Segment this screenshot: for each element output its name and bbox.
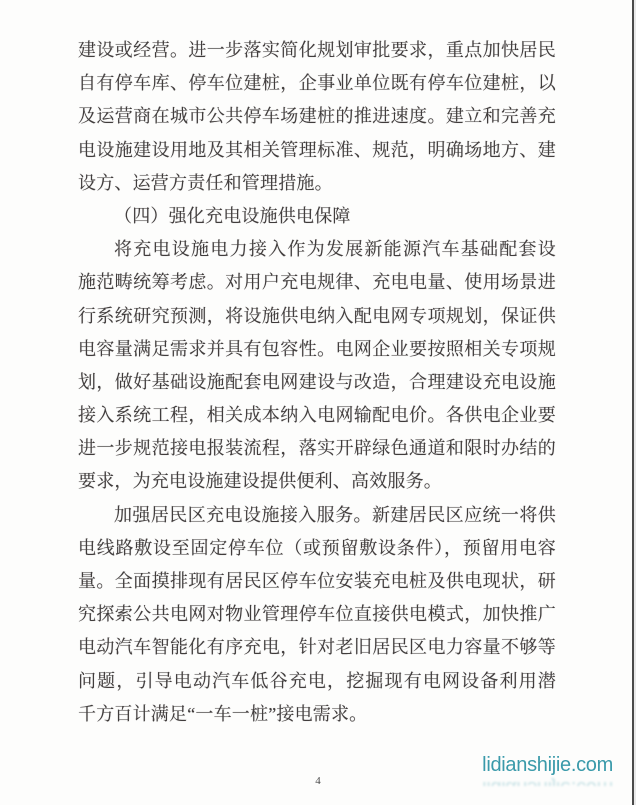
text-line: 千方百计满足“一车一桩”接电需求。	[78, 698, 556, 731]
text-line: 将充电设施电力接入作为发展新能源汽车基础配套设	[78, 233, 556, 266]
document-text-block: 建设或经营。进一步落实简化规划审批要求，重点加快居民自有停车库、停车位建桩，企事…	[78, 34, 556, 731]
page-number: 4	[308, 775, 328, 787]
text-line: 电动汽车智能化有序充电，针对老旧居民区电力容量不够等	[78, 631, 556, 664]
text-line: 要求，为充电设施建设提供便利、高效服务。	[78, 465, 556, 498]
watermark-reflection-text: lidianshijie.com	[482, 776, 613, 786]
text-line: 进一步规范接电报装流程，落实开辟绿色通道和限时办结的	[78, 432, 556, 465]
text-line: 电容量满足需求并具有包容性。电网企业要按照相关专项规	[78, 333, 556, 366]
document-page: 建设或经营。进一步落实简化规划审批要求，重点加快居民自有停车库、停车位建桩，企事…	[0, 0, 636, 805]
text-line: 行系统研究预测，将设施供电纳入配电网专项规划，保证供	[78, 300, 556, 333]
text-line: 划，做好基础设施配套电网建设与改造，合理建设充电设施	[78, 366, 556, 399]
text-line: 自有停车库、停车位建桩，企事业单位既有停车位建桩，以	[78, 67, 556, 100]
text-line: 建设或经营。进一步落实简化规划审批要求，重点加快居民	[78, 34, 556, 67]
text-line: 电线路敷设至固定停车位（或预留敷设条件），预留用电容	[78, 532, 556, 565]
watermark-reflection: lidianshijie.com	[482, 776, 613, 786]
text-line: 究探索公共电网对物业管理停车位直接供电模式，加快推广	[78, 598, 556, 631]
section-heading: （四）强化充电设施供电保障	[78, 200, 556, 233]
text-line: 量。全面摸排现有居民区停车位安装充电桩及供电现状，研	[78, 565, 556, 598]
text-line: 电设施建设用地及其相关管理标准、规范，明确场地方、建	[78, 134, 556, 167]
text-line: 加强居民区充电设施接入服务。新建居民区应统一将供	[78, 499, 556, 532]
text-line: 接入系统工程，相关成本纳入电网输配电价。各供电企业要	[78, 399, 556, 432]
watermark-text: lidianshijie.com	[482, 754, 613, 777]
text-line: 施范畴统筹考虑。对用户充电规律、充电电量、使用场景进	[78, 266, 556, 299]
text-line: 设方、运营方责任和管理措施。	[78, 167, 556, 200]
text-line: 问题，引导电动汽车低谷充电，挖掘现有电网设备利用潜力，	[78, 665, 556, 698]
scan-edge-line	[632, 0, 634, 805]
text-line: 及运营商在城市公共停车场建桩的推进速度。建立和完善充	[78, 100, 556, 133]
